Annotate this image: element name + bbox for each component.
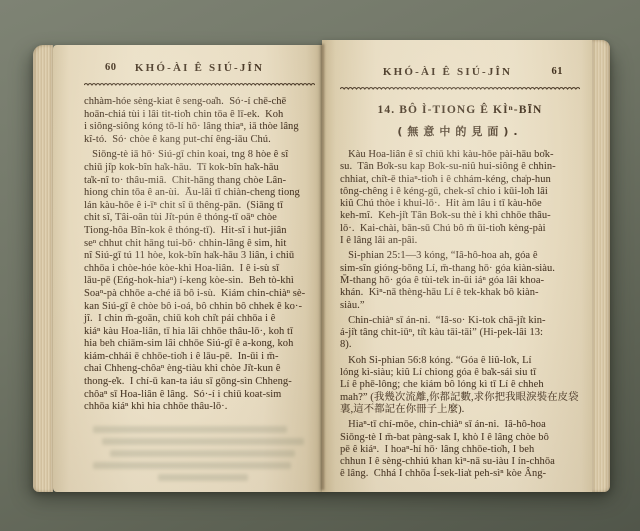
book-gutter-shadow: [320, 44, 325, 490]
text-line: i siông-siông kóng tō-lí hō· lâng thiaⁿ,…: [84, 121, 315, 134]
ghost-text-line: [102, 438, 304, 445]
text-line: Tiong-hôa Bîn-kok ê thóng-tī). Hit-sî i …: [84, 225, 315, 238]
chapter-title: 14. BÔ Ì-TIONG Ê KÌⁿ-BĪN: [322, 104, 592, 116]
text-line: Siōng-tè I m̄-bat pàng-sak I, khò I ê lâ…: [340, 432, 585, 444]
left-page-text: chhàm-hóe sèng-kiat ê seng-oa̍h. Só·-í c…: [53, 96, 322, 414]
text-line: Siōng-tè iā hō· Siú-gī chin koai, tng 8 …: [84, 149, 315, 162]
text-line: nî Siú-gī tú 11 hòe, kok-bîn ha̍k-hāu 3 …: [84, 250, 315, 263]
text-line: chhōa i chòe-hóe kòe-khì Hoa-liân. I ê i…: [84, 263, 315, 276]
text-line: kiáⁿ kàu Hoa-liân, tī hia lâi chhōe thâu…: [84, 326, 315, 339]
text-line: chit sî, Tâi-oân tùi Ji̍t-pún ê thóng-tī…: [84, 212, 315, 225]
text-line: á-ji̍t tâng chit-iūⁿ, ti̍t kàu tāi-tāi” …: [340, 327, 585, 339]
paragraph: Kàu Hoa-liân ê sî chiū khì kàu-hōe pài-h…: [340, 149, 585, 247]
text-line: khán. Kìⁿ-nā thèng-hāu Lí ê tek-khak bô …: [340, 287, 585, 299]
paragraph: chhàm-hóe sèng-kiat ê seng-oa̍h. Só·-í c…: [84, 96, 315, 146]
open-book: 60 KHÓ-ÀI Ê SIÚ-JÎN chhàm-hóe sèng-kiat …: [33, 40, 610, 492]
text-line: chhun I ê sèng-chhiú khan kìⁿ-nā su-iàu …: [340, 456, 585, 468]
text-line: ta̍k-nî to· thâu-miâ. Chit-hāng thang ch…: [84, 175, 315, 188]
header-rule: [53, 81, 322, 87]
text-line: Lí ê phē-lông; che kiám bô lóng kì tī Lí…: [340, 379, 585, 391]
text-line: Si-phian 25:1—3 kóng, “Iâ-hô-hoa ah, góa…: [340, 250, 585, 262]
text-line: I ê lâng lâi an-pâi.: [340, 235, 585, 247]
text-line: 裏,這不都記在你冊子上麼).: [340, 404, 585, 416]
left-page-surface: 60 KHÓ-ÀI Ê SIÚ-JÎN chhàm-hóe sèng-kiat …: [53, 45, 322, 492]
paragraph: Siōng-tè iā hō· Siú-gī chin koai, tng 8 …: [84, 149, 315, 413]
text-line: kiû Chú thòe i khui-lō·. Hit àm lâu i tī…: [340, 198, 585, 210]
text-line: hia beh chiām-sim lâi chhōe Siú-gī ê a-k…: [84, 338, 315, 351]
ghost-text-line: [93, 462, 291, 469]
wavy-rule: [84, 81, 315, 87]
text-line: seⁿ chhut chit hāng tui-bō· chhin-lâng ê…: [84, 238, 315, 251]
right-page-edge-stack: [592, 40, 610, 492]
text-line: Hiaⁿ-tī chí-mōe, chin-chiàⁿ sī án-ni. Iâ…: [340, 419, 585, 431]
text-line: chhōa kiáⁿ khì hia chhōe thâu-lō·.: [84, 401, 315, 414]
text-line: M̄-thang hō· góa ê tùi-te̍k in-ūi iáⁿ gó…: [340, 275, 585, 287]
text-line: Koh Si-phian 56:8 kóng. “Góa ê liû-lo̍k,…: [340, 355, 585, 367]
left-page-header: 60 KHÓ-ÀI Ê SIÚ-JÎN: [53, 62, 315, 76]
text-line: sim-sîn gióng-bōng Lí, m̄-thang hō· góa …: [340, 263, 585, 275]
right-page-text: Kàu Hoa-liân ê sî chiū khì kàu-hōe pài-h…: [322, 149, 592, 481]
text-line: chai Chheng-chôaⁿ èng-tiàu khì chòe Ji̍t…: [84, 363, 315, 376]
text-line: pē ê kiáⁿ. I hoaⁿ-hí hō· lâng chhōe-tio̍…: [340, 444, 585, 456]
text-line: tông-chêng i ê kéng-gū, chek-sî chio i k…: [340, 186, 585, 198]
wavy-rule: [340, 85, 580, 91]
right-page: KHÓ-ÀI Ê SIÚ-JÎN 61 14. BÔ Ì-TIONG Ê KÌⁿ…: [322, 40, 610, 492]
ghost-text-line: [110, 450, 295, 457]
text-line: 8).: [340, 339, 585, 351]
text-line: mah?” (我幾次流離,你都記數,求你把我眼淚裝在皮袋: [340, 392, 585, 404]
text-line: lóng kì-siàu; kiû Lí chiong góa ê ba̍k-s…: [340, 367, 585, 379]
text-line: kiám-chhái ē chhōe-tio̍h i ê lāu-pē. In-…: [84, 351, 315, 364]
header-rule: [322, 85, 592, 91]
text-line: chôaⁿ sī Hoa-liân ê lâng. Só·-í i chiū k…: [84, 389, 315, 402]
text-line: lāu-pē (Eńg-hok-hiaⁿ) í-keng kòe-sin. Be…: [84, 275, 315, 288]
text-line: hiong chin tōa ê an-ùi. Āu-lâi tī chiàn-…: [84, 187, 315, 200]
text-line: jî. I chin m̄-goān, chiū koh chi̍t pái c…: [84, 313, 315, 326]
paragraph: Koh Si-phian 56:8 kóng. “Góa ê liû-lo̍k,…: [340, 355, 585, 416]
right-page-header: KHÓ-ÀI Ê SIÚ-JÎN 61: [322, 66, 585, 80]
text-line: ê lâng. Chhá I chhōa Í-sek-lia̍t peh-sìⁿ…: [340, 468, 585, 480]
text-line: kî-tó. Só· chòe ê kang put-chí êng-iāu C…: [84, 134, 315, 147]
show-through-text: [53, 426, 322, 481]
running-title: KHÓ-ÀI Ê SIÚ-JÎN: [53, 62, 315, 74]
paragraph: Hiaⁿ-tī chí-mōe, chin-chiàⁿ sī án-ni. Iâ…: [340, 419, 585, 480]
right-page-surface: KHÓ-ÀI Ê SIÚ-JÎN 61 14. BÔ Ì-TIONG Ê KÌⁿ…: [322, 40, 592, 492]
left-page: 60 KHÓ-ÀI Ê SIÚ-JÎN chhàm-hóe sèng-kiat …: [33, 45, 322, 492]
text-line: su. Tân Bo̍k-su kap Bo̍k-su-niû hui-siôn…: [340, 161, 585, 173]
page-number: 61: [552, 66, 564, 77]
text-line: Chin-chiàⁿ sī án-ni. “Iâ-so· Ki-tok chā-…: [340, 315, 585, 327]
text-line: kan Siú-gī ê chòe bô i-oá, bô chhin bô c…: [84, 301, 315, 314]
text-line: thong-e̍k. I chí-ū kan-ta iáu sī gōng-sì…: [84, 376, 315, 389]
text-line: lō·. Kai-chài, bān-sū Chú bô m̄ ūi-tio̍h…: [340, 223, 585, 235]
text-line: chiū ji̍p kok-bîn ha̍k-hāu. Tī kok-bîn h…: [84, 162, 315, 175]
paragraph: Chin-chiàⁿ sī án-ni. “Iâ-so· Ki-tok chā-…: [340, 315, 585, 352]
text-line: chhiat, chi̍t-ē thiaⁿ-tio̍h i ê chhám-ké…: [340, 174, 585, 186]
text-line: siàu.”: [340, 300, 585, 312]
text-line: Soaⁿ-pà chhōe a-ché iā bô i-sù. Kiám chi…: [84, 288, 315, 301]
chapter-subtitle: (無意中的見面).: [322, 123, 592, 139]
text-line: keh-mî. Keh-ji̍t Tân Bo̍k-su thè i khì c…: [340, 210, 585, 222]
left-page-edge-stack: [33, 45, 53, 492]
text-line: lán kàu-hōe ê i-īⁿ chit sî ū thêng-pān. …: [84, 200, 315, 213]
photo-background: 60 KHÓ-ÀI Ê SIÚ-JÎN chhàm-hóe sèng-kiat …: [0, 0, 640, 531]
text-line: Kàu Hoa-liân ê sî chiū khì kàu-hōe pài-h…: [340, 149, 585, 161]
ghost-text-line: [93, 426, 287, 433]
text-line: hoān-chiá tùi i lâi tit-tio̍h chin tōa ê…: [84, 109, 315, 122]
text-line: chhàm-hóe sèng-kiat ê seng-oa̍h. Só·-í c…: [84, 96, 315, 109]
running-title: KHÓ-ÀI Ê SIÚ-JÎN: [322, 66, 585, 78]
paragraph: Si-phian 25:1—3 kóng, “Iâ-hô-hoa ah, góa…: [340, 250, 585, 311]
ghost-text-line: [158, 474, 248, 481]
